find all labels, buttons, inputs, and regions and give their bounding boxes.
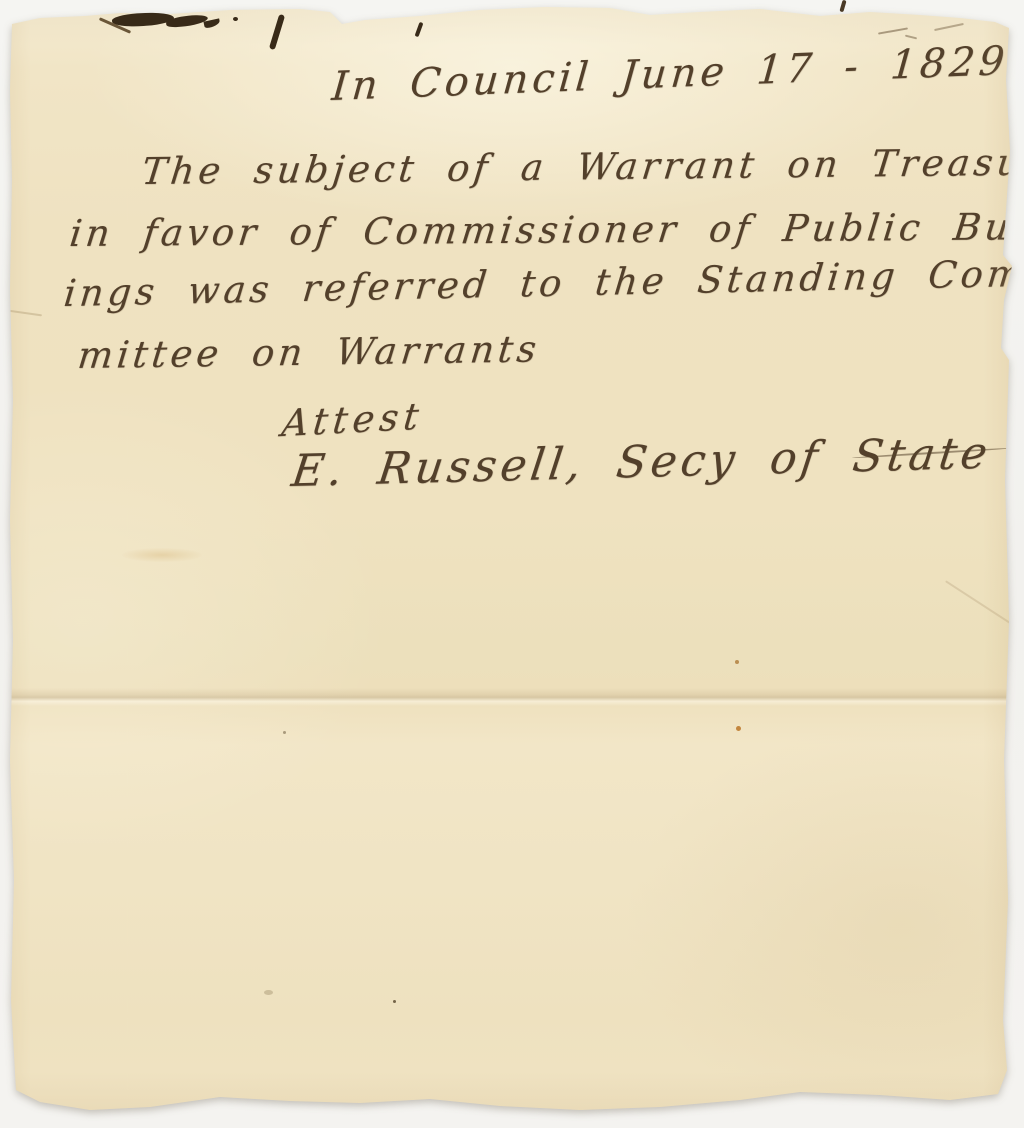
body-line-4: mittee on Warrants — [76, 328, 543, 378]
foxing-spot — [283, 731, 286, 734]
corner-crease — [945, 580, 1024, 633]
edge-crease — [8, 310, 42, 317]
foxing-spot — [264, 990, 273, 995]
foxing-spot — [736, 726, 741, 731]
manuscript-paper: In Council June 17 - 1829 The subject of… — [0, 0, 1024, 1128]
foxing-spot — [735, 660, 739, 664]
paper-shadow: In Council June 17 - 1829 The subject of… — [0, 0, 1024, 1128]
scanned-document-page: In Council June 17 - 1829 The subject of… — [0, 0, 1024, 1128]
attestation-line: Attest — [280, 394, 426, 445]
stain-smudge — [122, 548, 202, 562]
heading-date-line: In Council June 17 - 1829 — [330, 38, 1010, 110]
body-line-3: ings was referred to the Standing Com- — [62, 251, 1024, 315]
body-line-2: in favor of Commissioner of Public Build… — [68, 205, 1024, 255]
foxing-spot — [393, 1000, 396, 1003]
fold-crease — [10, 688, 1012, 706]
body-line-1: The subject of a Warrant on Treasurer — [140, 140, 1024, 193]
ink-fragment — [233, 17, 238, 21]
